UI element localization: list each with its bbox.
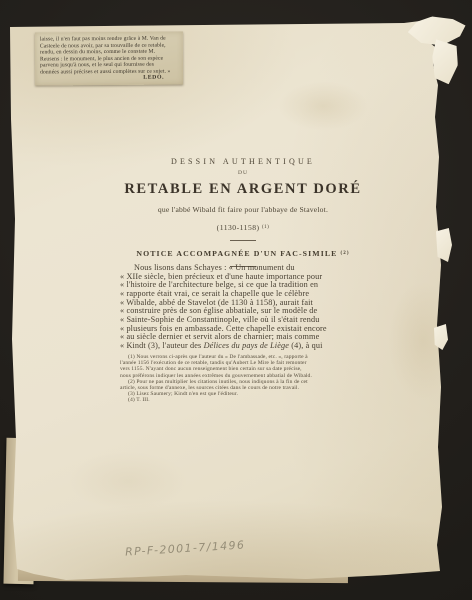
clipping-signature: LEDO.: [40, 75, 178, 83]
book-title-italic: Délices du pays de Liège: [204, 341, 289, 350]
paper-stain: [278, 81, 368, 131]
body-line: « Kindt (3), l'auteur des Délices du pay…: [120, 342, 366, 351]
date-line: (1130-1158) (1): [120, 223, 366, 232]
body-line-text: (4), à qui: [289, 341, 322, 350]
title-overline: DESSIN AUTHENTIQUE: [120, 157, 366, 166]
pasted-clipping: laisse, il n'en faut pas moins rendre gr…: [35, 31, 183, 85]
footnote-marker: (2): [341, 251, 350, 256]
footnote-marker: (1): [262, 225, 269, 230]
notice-label: NOTICE ACCOMPAGNÉE D'UN FAC-SIMILE: [136, 249, 337, 258]
body-paragraph: Nous lisons dans Schayes : « Un monument…: [120, 264, 366, 351]
title-connector: DU: [120, 170, 366, 176]
inventory-inscription: RP-F-2001-7/1496: [125, 538, 246, 558]
main-title: RETABLE EN ARGENT DORÉ: [120, 181, 366, 198]
paper-stain: [68, 451, 188, 511]
album-page: laisse, il n'en faut pas moins rendre gr…: [8, 21, 446, 581]
paper-stain: [388, 281, 458, 401]
torn-corner-fragment: [430, 39, 459, 85]
page-edge-fragment: [436, 228, 452, 262]
body-line-text: « Kindt (3), l'auteur des: [120, 341, 204, 350]
title-block: DESSIN AUTHENTIQUE DU RETABLE EN ARGENT …: [120, 157, 366, 267]
photo-background: laisse, il n'en faut pas moins rendre gr…: [0, 0, 472, 600]
footnotes-block: (1) Nous verrons ci-après que l'auteur d…: [120, 354, 366, 404]
separator-rule: [230, 240, 256, 241]
date-range: (1130-1158): [217, 223, 260, 232]
footnote-line: (4) T. III.: [120, 397, 366, 403]
subtitle: que l'abbé Wibald fit faire pour l'abbay…: [120, 205, 366, 214]
notice-heading: NOTICE ACCOMPAGNÉE D'UN FAC-SIMILE (2): [120, 249, 366, 258]
